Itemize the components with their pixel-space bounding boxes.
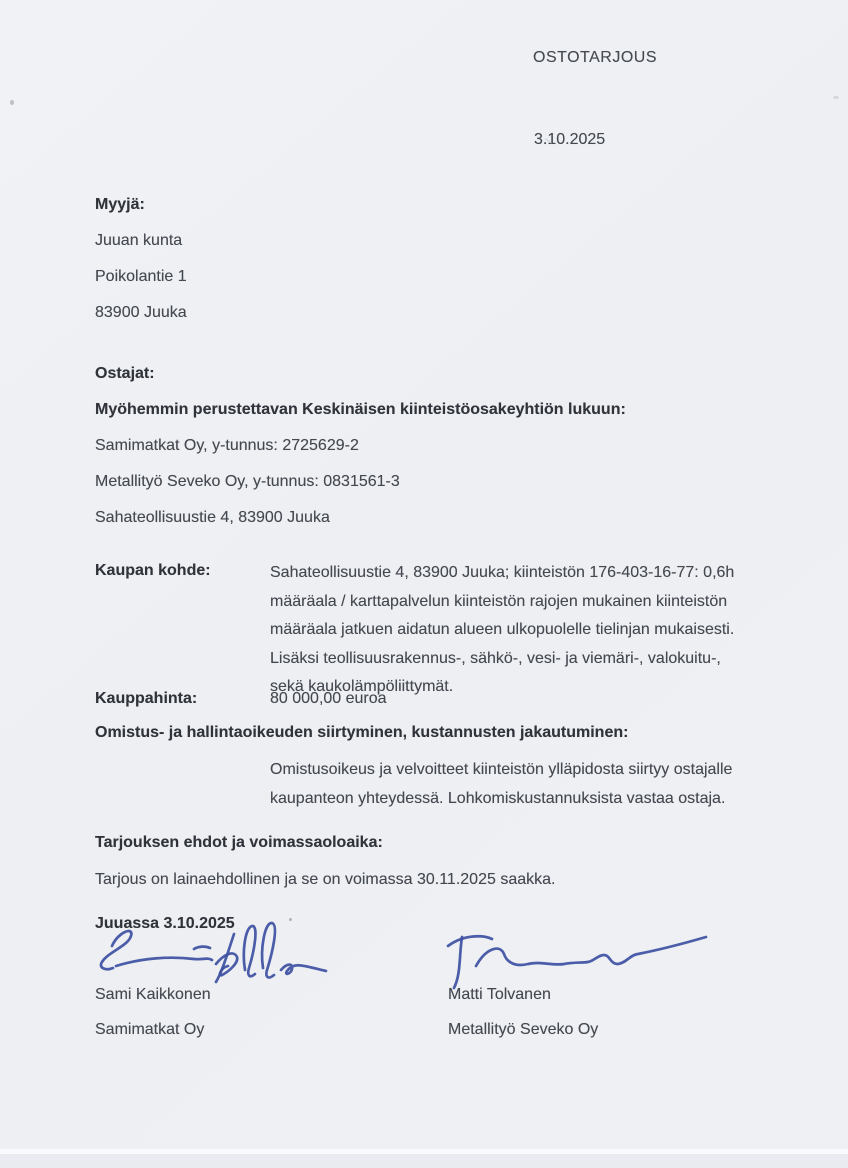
ownership-text: Omistusoikeus ja velvoitteet kiinteistön…: [270, 756, 742, 813]
seller-line: Juuan kunta: [95, 223, 187, 259]
terms-text: Tarjous on lainaehdollinen ja se on voim…: [95, 871, 795, 889]
terms-heading: Tarjouksen ehdot ja voimassaoloaika:: [95, 834, 795, 852]
seller-line: 83900 Juuka: [95, 295, 187, 331]
buyer-line: Sahateollisuustie 4, 83900 Juuka: [95, 500, 626, 536]
ownership-heading: Omistus- ja hallintaoikeuden siirtyminen…: [95, 724, 815, 742]
signer-company: Metallityö Seveko Oy: [448, 1021, 598, 1039]
seller-section: Myyjä: Juuan kunta Poikolantie 1 83900 J…: [95, 187, 187, 331]
document-title: OSTOTARJOUS: [533, 49, 657, 67]
scanned-document-page: OSTOTARJOUS 3.10.2025 Myyjä: Juuan kunta…: [0, 0, 848, 1168]
scan-bottom-shadow: [0, 1154, 848, 1168]
signer-name: Sami Kaikkonen: [95, 986, 211, 1004]
signer-name: Matti Tolvanen: [448, 986, 551, 1004]
buyer-line: Metallityö Seveko Oy, y-tunnus: 0831561-…: [95, 464, 626, 500]
scan-speck: [10, 100, 14, 105]
signer-company: Samimatkat Oy: [95, 1021, 204, 1039]
subject-label: Kaupan kohde:: [95, 562, 211, 580]
scan-speck: [833, 96, 839, 99]
signature-sami-kaikkonen-ink: [82, 912, 337, 988]
buyers-section: Ostajat: Myöhemmin perustettavan Keskinä…: [95, 356, 626, 536]
price-label: Kauppahinta:: [95, 690, 197, 708]
price-value: 80 000,00 euroa: [270, 690, 387, 708]
signature-matti-tolvanen-ink: [430, 922, 720, 992]
buyers-subheading: Myöhemmin perustettavan Keskinäisen kiin…: [95, 392, 626, 428]
seller-label: Myyjä:: [95, 187, 187, 223]
buyer-line: Samimatkat Oy, y-tunnus: 2725629-2: [95, 428, 626, 464]
buyers-label: Ostajat:: [95, 356, 626, 392]
scan-speck: [289, 918, 292, 921]
seller-line: Poikolantie 1: [95, 259, 187, 295]
subject-text: Sahateollisuustie 4, 83900 Juuka; kiinte…: [270, 559, 748, 702]
